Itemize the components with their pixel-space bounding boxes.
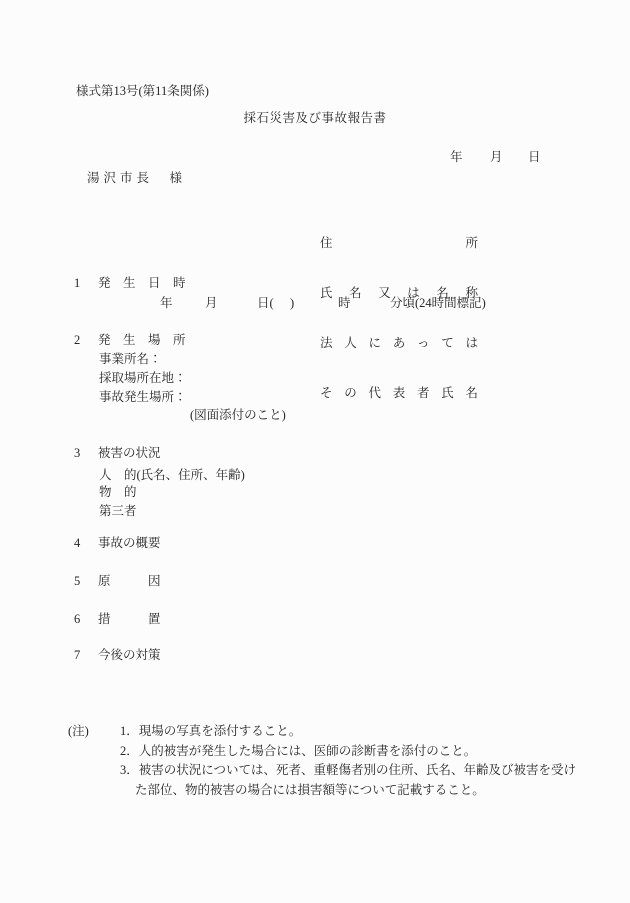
- section-3-title: 被害の状況: [98, 445, 161, 461]
- s3-third-party-label: 第三者: [99, 503, 137, 519]
- s1-day-paren-open: 日(: [257, 295, 274, 311]
- date-month-label: 月: [490, 149, 503, 165]
- section-6-number: 6: [74, 611, 80, 627]
- section-1-number: 1: [74, 275, 80, 291]
- s3-personal-damage-label: 人 的(氏名、住所、年齢): [99, 467, 245, 483]
- s1-month-label: 月: [205, 295, 218, 311]
- note-item-2: 2．人的被害が発生した場合には、医師の診断書を添付のこと。: [120, 743, 476, 759]
- page-title: 採石災害及び事故報告書: [0, 110, 630, 126]
- s1-minute-label: 分頃(24時間標記): [390, 295, 486, 311]
- s3-property-damage-label: 物 的: [99, 484, 137, 500]
- s2-accident-location-label: 事故発生場所：: [99, 389, 187, 405]
- section-4-title: 事故の概要: [98, 535, 161, 551]
- report-form-page: 様式第13号(第11条関係) 採石災害及び事故報告書 年 月 日 湯沢市長 様 …: [0, 0, 630, 903]
- sender-corp-note-line2: その代表者氏名: [320, 385, 478, 403]
- note-item-1: 1．現場の写真を添付すること。: [120, 723, 301, 739]
- section-2-number: 2: [74, 332, 80, 348]
- note-item-3-continued: た部位、物的被害の場合には損害額等について記載すること。: [135, 782, 485, 798]
- s1-hour-label: 時: [338, 295, 351, 311]
- form-number: 様式第13号(第11条関係): [76, 83, 209, 99]
- section-1-title: 発 生 日 時: [98, 275, 186, 291]
- date-day-label: 日: [528, 149, 541, 165]
- section-7-title: 今後の対策: [98, 647, 161, 663]
- section-5-number: 5: [74, 573, 80, 589]
- s2-quarry-location-label: 採取場所在地：: [99, 370, 187, 386]
- notes-label: (注): [68, 723, 89, 739]
- section-6-title: 措 置: [98, 611, 161, 627]
- note-item-3: 3．被害の状況については、死者、重軽傷者別の住所、氏名、年齢及び被害を受け: [120, 762, 576, 778]
- section-3-number: 3: [74, 445, 80, 461]
- sender-block: 住 所 氏名又は名称 法人にあっては その代表者氏名: [320, 202, 478, 435]
- section-2-title: 発 生 場 所: [98, 332, 186, 348]
- sender-corp-note-line1: 法人にあっては: [320, 335, 478, 353]
- s2-drawing-attachment-note: (図面添付のこと): [190, 407, 286, 423]
- sender-address-label: 住 所: [320, 235, 478, 253]
- s2-business-name-label: 事業所名：: [99, 351, 162, 367]
- section-7-number: 7: [74, 647, 80, 663]
- addressee: 湯沢市長 様: [87, 170, 186, 186]
- section-4-number: 4: [74, 535, 80, 551]
- date-year-label: 年: [450, 149, 463, 165]
- s1-paren-close: ): [290, 295, 294, 311]
- section-5-title: 原 因: [98, 573, 161, 589]
- s1-year-label: 年: [160, 295, 173, 311]
